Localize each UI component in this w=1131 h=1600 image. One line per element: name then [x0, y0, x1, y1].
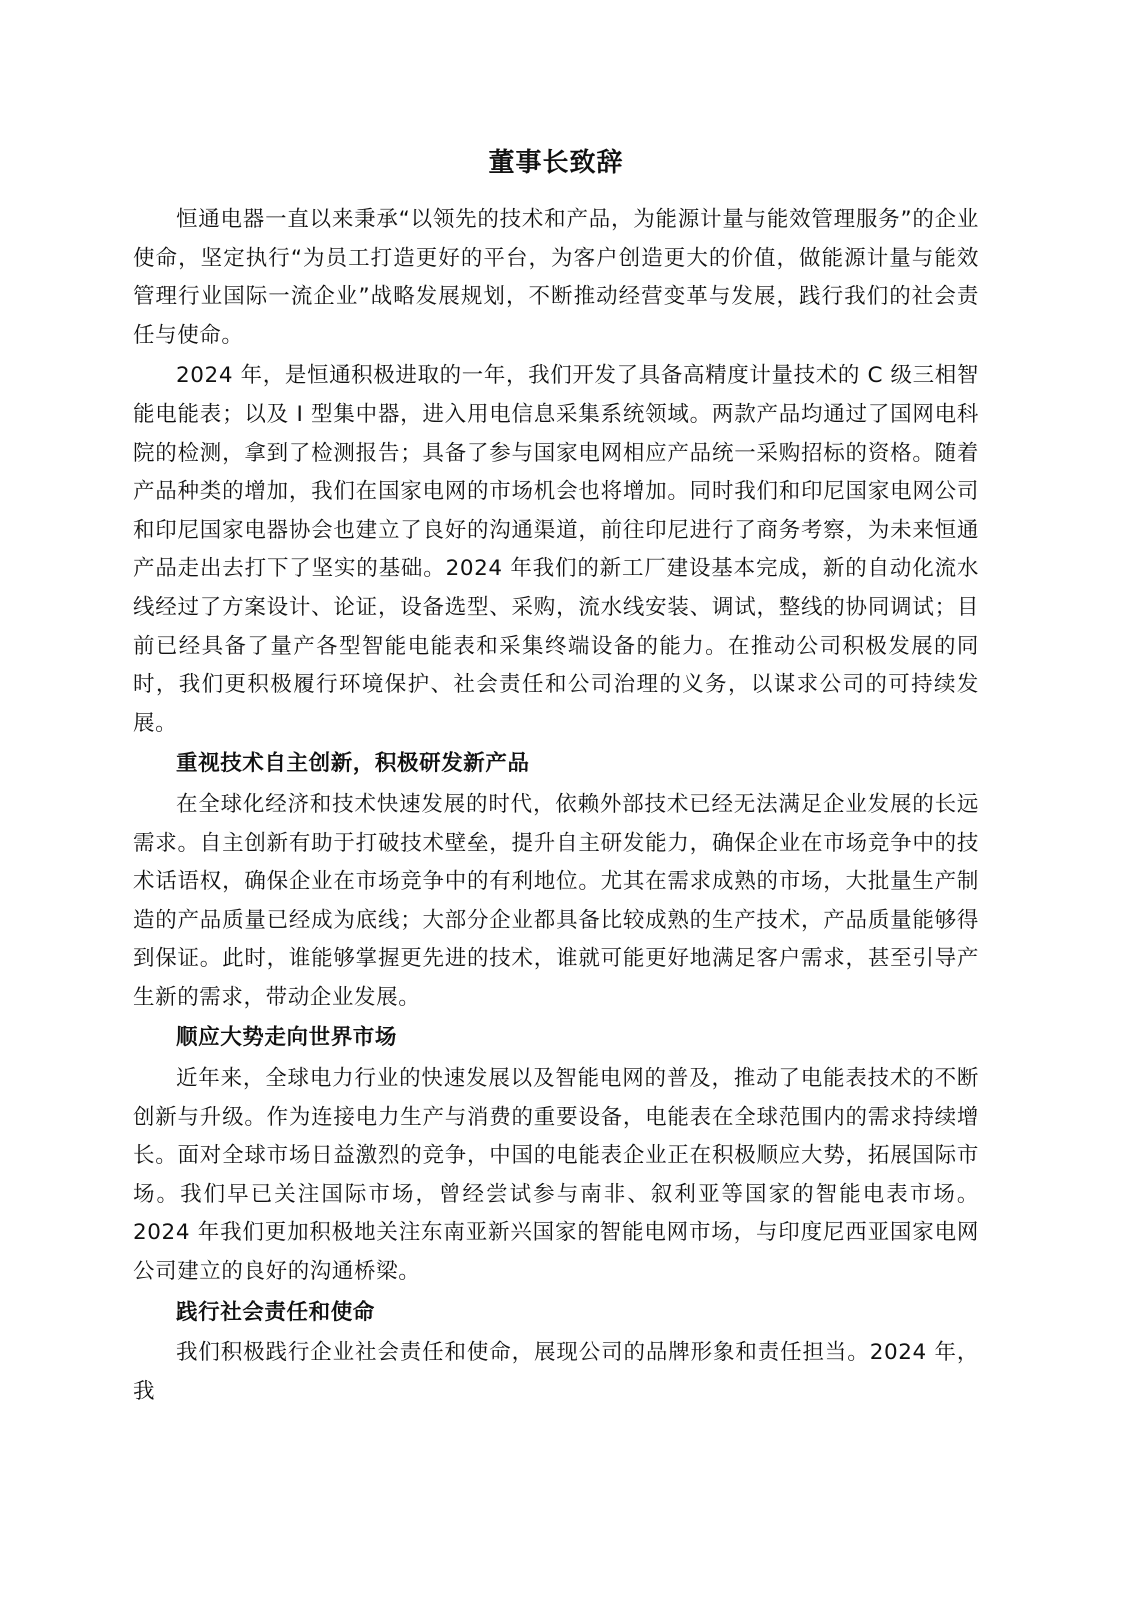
intro-paragraph: 恒通电器一直以来秉承“以领先的技术和产品，为能源计量与能效管理服务”的企业使命，…: [133, 201, 979, 355]
year-review-paragraph: 2024 年，是恒通积极进取的一年，我们开发了具备高精度计量技术的 C 级三相智…: [133, 357, 979, 743]
social-responsibility-paragraph: 我们积极践行企业社会责任和使命，展现公司的品牌形象和责任担当。2024 年，我: [133, 1334, 979, 1411]
document-page: 董事长致辞 恒通电器一直以来秉承“以领先的技术和产品，为能源计量与能效管理服务”…: [133, 143, 979, 1413]
section-heading-innovation: 重视技术自主创新，积极研发新产品: [133, 745, 979, 784]
section-heading-social-responsibility: 践行社会责任和使命: [133, 1294, 979, 1333]
page-title: 董事长致辞: [133, 143, 979, 183]
global-market-paragraph: 近年来，全球电力行业的快速发展以及智能电网的普及，推动了电能表技术的不断创新与升…: [133, 1060, 979, 1292]
innovation-paragraph: 在全球化经济和技术快速发展的时代，依赖外部技术已经无法满足企业发展的长远需求。自…: [133, 786, 979, 1018]
section-heading-global-market: 顺应大势走向世界市场: [133, 1019, 979, 1058]
